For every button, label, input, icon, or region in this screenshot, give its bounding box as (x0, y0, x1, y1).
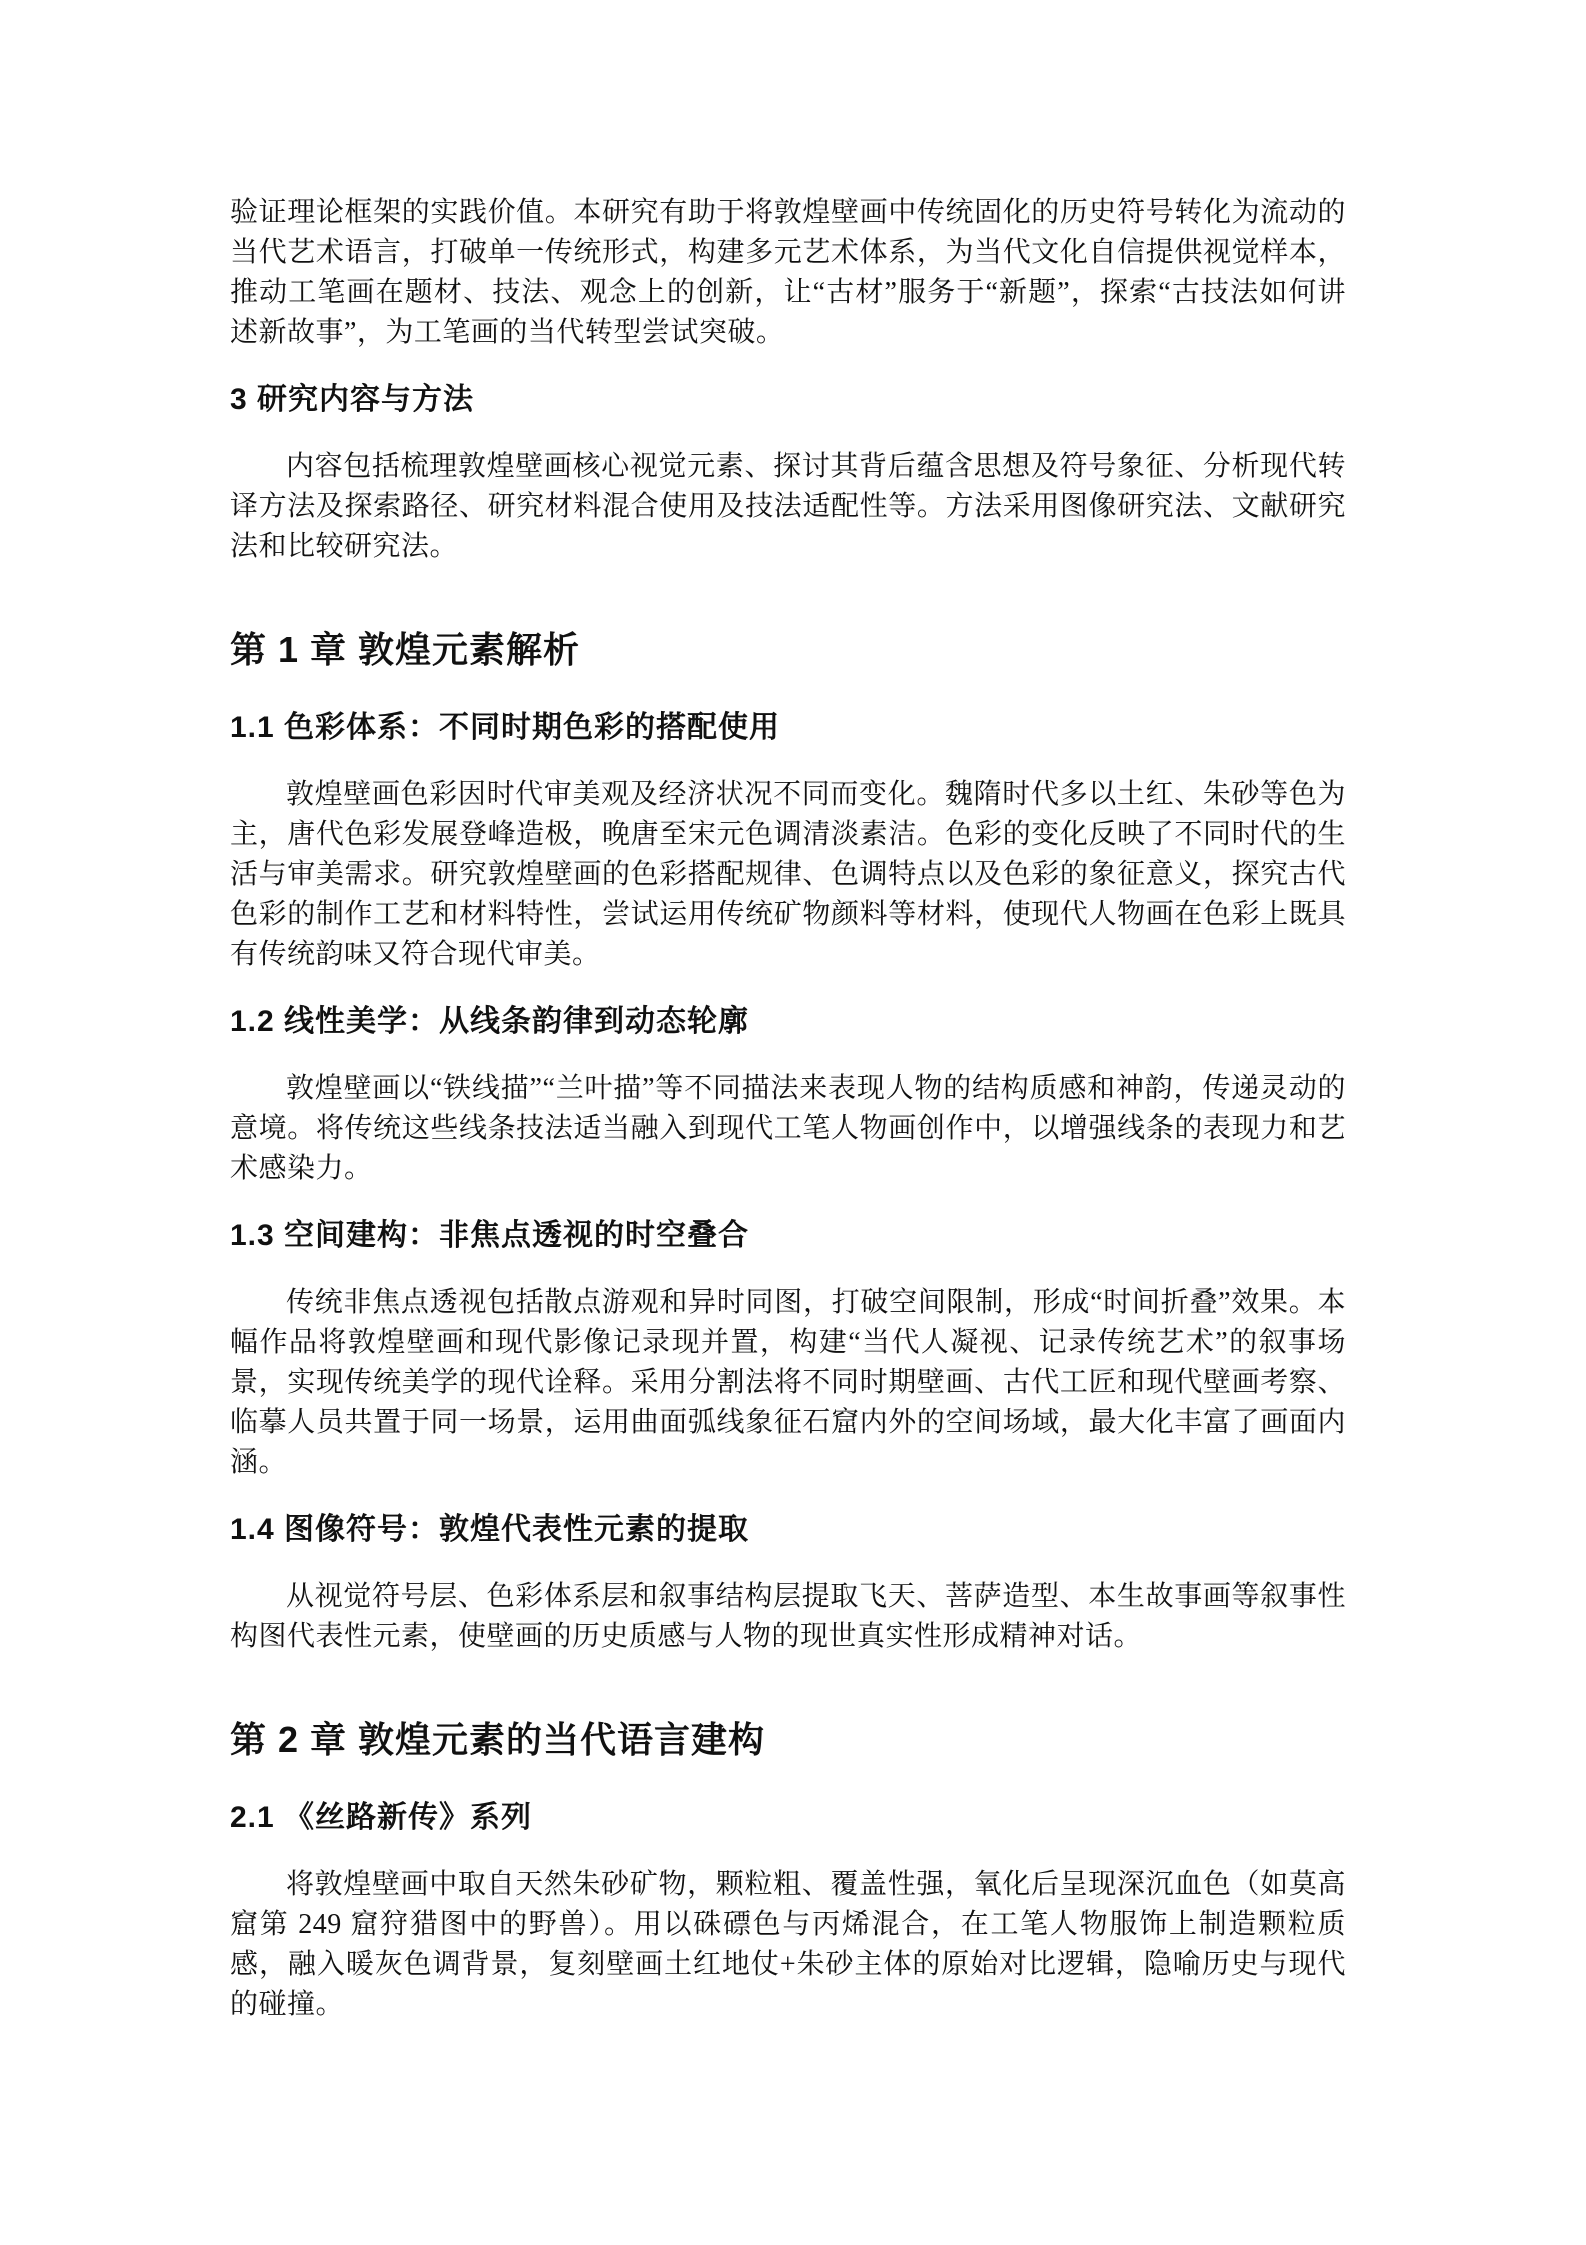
heading-chapter-1-dunhuang-element-analysis: 第 1 章 敦煌元素解析 (230, 625, 1346, 675)
document-page: 验证理论框架的实践价值。本研究有助于将敦煌壁画中传统固化的历史符号转化为流动的当… (0, 0, 1586, 2245)
paragraph-section-1-4-image-symbols: 从视觉符号层、色彩体系层和叙事结构层提取飞天、菩萨造型、本生故事画等叙事性构图代… (230, 1577, 1346, 1657)
paragraph-section-1-1-color-system: 敦煌壁画色彩因时代审美观及经济状况不同而变化。魏隋时代多以土红、朱砂等色为主，唐… (230, 775, 1346, 975)
paragraph-section-2-1-silk-road-new-legend: 将敦煌壁画中取自天然朱砂矿物，颗粒粗、覆盖性强，氧化后呈现深沉血色（如莫高窟第 … (230, 1865, 1346, 2025)
heading-section-2-1-silk-road-new-legend-series: 2.1 《丝路新传》系列 (230, 1797, 1346, 1839)
paragraph-research-content-methods: 内容包括梳理敦煌壁画核心视觉元素、探讨其背后蕴含思想及符号象征、分析现代转译方法… (230, 447, 1346, 567)
heading-section-1-1-color-system: 1.1 色彩体系：不同时期色彩的搭配使用 (230, 707, 1346, 749)
heading-chapter-2-contemporary-language-construction: 第 2 章 敦煌元素的当代语言建构 (230, 1715, 1346, 1765)
paragraph-section-1-2-linear-aesthetics: 敦煌壁画以“铁线描”“兰叶描”等不同描法来表现人物的结构质感和神韵，传递灵动的意… (230, 1069, 1346, 1189)
heading-section-1-3-spatial-construction: 1.3 空间建构：非焦点透视的时空叠合 (230, 1215, 1346, 1257)
heading-section-1-2-linear-aesthetics: 1.2 线性美学：从线条韵律到动态轮廓 (230, 1001, 1346, 1043)
paragraph-continued-from-previous-page: 验证理论框架的实践价值。本研究有助于将敦煌壁画中传统固化的历史符号转化为流动的当… (230, 193, 1346, 353)
paragraph-section-1-3-spatial-construction: 传统非焦点透视包括散点游观和异时同图，打破空间限制，形成“时间折叠”效果。本幅作… (230, 1283, 1346, 1483)
heading-section-1-4-image-symbols: 1.4 图像符号：敦煌代表性元素的提取 (230, 1509, 1346, 1551)
heading-section-3-research-content-methods: 3 研究内容与方法 (230, 379, 1346, 421)
